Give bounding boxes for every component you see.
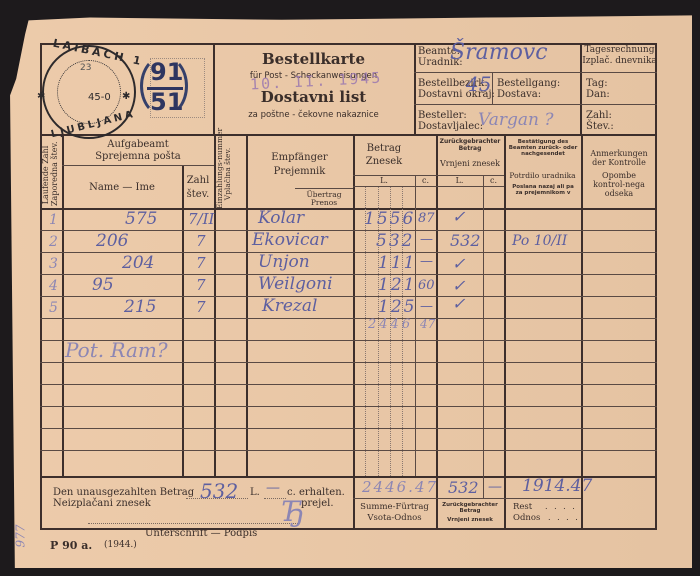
col-header-lire: L. [353,177,415,186]
col-header-zahl-de: Zahl [182,175,214,186]
zurueck-total-value: 532 [448,480,479,496]
row-name: 575 [125,211,157,228]
zurueck-total-label-sl: Vrnjeni znesek [438,517,502,523]
postmark-time: 45-0 [88,92,111,103]
rest-value: 1914.47 [522,478,592,495]
row-returned: ✓ [452,256,465,272]
row-no: 5 [49,301,58,315]
besteller-label-sl: Dostavljalec: [418,121,483,132]
row-returned: ✓ [452,209,465,225]
zahl-label-de: Zahl: [586,110,612,121]
row-lire: 532 [376,233,414,250]
row-cent: — [420,233,433,246]
betrag-sep-2 [353,186,504,187]
footer-divider-rest [504,476,506,530]
bestellgang-label-de: Bestellgang: [497,78,560,89]
col-header-anmerkungen-sl: Opombe kontrol-nega odseka [588,172,650,198]
row-cent: — [420,300,433,313]
rest-dots: . . . . [545,503,577,512]
signature-label: Unterschrift — Podpis [145,528,257,539]
row-recipient: Krezal [262,298,317,315]
row-returned: ✓ [452,278,465,294]
col-header-zurueck-cent: c. [483,177,504,186]
unpaid-label-sl: Neizplačani znesek [53,498,151,509]
ratio-top: 91 [150,58,183,86]
row-recipient: Kolar [258,210,304,227]
col-line-anmerk [581,134,583,476]
row-line [40,230,657,231]
row-remark: Po 10/II [512,234,567,248]
col-header-einzahlung: Einzahlungs-nummer Vplačlna štev. [216,139,244,209]
postmark-day: 23 [80,64,91,74]
zurueck-total-label-de: Zurückgebrachter Betrag [438,502,502,514]
row-zahl: 7 [196,256,206,271]
row-name: 95 [92,277,114,294]
col-header-bestaetigung-sl: Potrdilo uradnika [504,172,581,180]
col-header-zahl-sl: štev. [182,189,214,200]
row-zahl: 7/II [188,212,214,227]
row-cent: 60 [418,279,435,292]
row-line [40,428,657,429]
title-sl: Dostavni list [213,89,414,106]
row-name: 215 [124,299,156,316]
row-lire: 125 [378,299,416,316]
summe-label-de: Summe-Fürtrag [353,503,436,512]
tag-label-sl: Dan: [586,89,610,100]
col-header-empfaenger-sl: Prejemnik [246,166,353,177]
row-no: 4 [49,279,58,293]
besteller-value[interactable]: Vargan ? [478,112,553,129]
row-no: 2 [49,235,58,249]
col-header-uebertrag-sl: Prenos [295,199,353,207]
tagesrechnung-title-sl: Izplač. dnevnika [582,57,657,67]
subtotal-cent: 47 [420,318,435,330]
aufgabe-sep [62,165,214,166]
row-zahl: 7 [196,234,206,249]
row-cent: 87 [418,212,435,225]
tagesrechnung-title-de: Tagesrechnung [582,46,657,56]
summe-value: 2446.47 [362,480,438,495]
col-line-zurueck-cent [483,175,484,476]
col-header-poslano-sl: Poslana nazaj ali pa za prejemnikom v [508,184,578,196]
col-line-bestaet [504,134,506,476]
unpaid-lire-label: L. [250,487,260,498]
tag-label-de: Tag: [586,78,608,89]
row-name: 206 [96,233,128,250]
rest-label-de: Rest [513,503,532,512]
signature-scribble: Ђ [282,498,304,526]
subtotal-lire: 2446 [368,318,413,331]
footer-zurueck-cent-sep [483,476,484,498]
row-returned: 532 [450,233,481,249]
row-lire: 111 [378,255,416,272]
odnos-dots: . . . . [548,514,580,523]
header-field-sep-2 [414,104,657,105]
received-label-sl: prejel. [301,498,334,509]
beamte-value[interactable]: Šramovc [450,42,548,64]
col-header-empfaenger-de: Empfänger [246,152,353,163]
summe-label-sl: Vsota-Odnos [353,514,436,523]
row-no: 3 [49,257,58,271]
extra-note: Pot. Ram? [65,340,168,360]
unpaid-cent: — [266,481,280,495]
row-line [40,274,657,275]
signature-line [88,523,298,524]
subtitle-sl: za poštne - čekovne nakaznice [213,111,414,120]
row-line [40,384,657,385]
col-header-aufgabeamt-de: Aufgabeamt [62,139,214,150]
col-header-betrag-de: Betrag [353,143,415,154]
col-header-zurueck-de: Zurückgebrachter Betrag [436,139,504,152]
footer-totals-sep [353,498,581,499]
row-line [40,318,657,319]
col-header-laufende: Laufende Zahl Zaporedna štev. [42,144,62,206]
zahl-label-sl: Štev.: [586,121,614,132]
header-bottom [40,134,657,136]
col-header-bestaetigung-de: Bestätigung des Beamten zurück- oder nac… [506,139,580,157]
title-de: Bestellkarte [213,51,414,68]
row-zahl: 7 [196,278,206,293]
col-header-zurueck-lire: L. [436,177,483,186]
row-line [40,406,657,407]
besteller-label-de: Besteller: [418,110,467,121]
col-header-aufgabeamt-sl: Sprejemna pošta [62,151,214,162]
row-cent: — [420,255,433,268]
col-header-cent: c. [415,177,436,186]
unpaid-label-de: Den unausgezahlten Betrag [53,487,194,498]
bestellbezirk-value[interactable]: 45 [466,74,491,94]
row-no: 1 [49,213,58,227]
row-line [40,450,657,451]
rest-label-sl: Odnos [513,514,540,523]
col-line-zahl [182,165,184,476]
col-header-zurueck-sl: Vrnjeni znesek [436,160,504,169]
col-header-anmerkungen-de: Anmerkungen der Kontrolle [588,150,650,168]
form-code: P 90 a. [50,540,92,552]
zurueck-total-cent: — [488,480,502,494]
margin-number: 977 [14,525,26,548]
col-line-empf [246,134,248,476]
form-year: (1944.) [104,541,137,551]
row-lire: 121 [378,277,416,294]
row-name: 204 [122,255,154,272]
row-zahl: 7 [196,300,206,315]
ratio-bottom: 51 [150,88,183,116]
postmark-star-right: ✱ [122,91,130,102]
row-recipient: Unjon [258,254,310,271]
unpaid-value[interactable]: 532 [200,481,238,501]
postmark-star-left: ✱ [37,91,45,102]
header-divider-2 [414,43,416,135]
header-field-sep-1 [414,72,657,73]
bestellgang-label-sl: Dostava: [497,89,541,100]
row-lire: 1556 [364,211,415,228]
row-recipient: Ekovicar [252,232,328,249]
uebertrag-sep [295,188,353,189]
row-recipient: Weilgoni [258,276,333,293]
col-header-betrag-sl: Znesek [353,156,415,167]
row-returned: ✓ [452,296,465,312]
row-line [40,362,657,363]
col-header-name: Name — Ime [62,182,182,193]
